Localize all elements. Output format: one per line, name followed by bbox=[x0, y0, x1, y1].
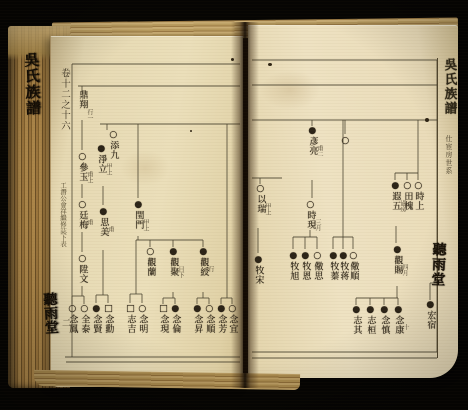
left-tree-node: ●觀聚目下 bbox=[168, 247, 180, 277]
tree-node-name: ●淨立 bbox=[96, 144, 105, 174]
left-tree-node: ○陞文 bbox=[77, 254, 89, 284]
tree-node-annotation: 目下 bbox=[177, 266, 183, 278]
tree-node-name: ●牧恩 bbox=[300, 251, 309, 281]
tree-node-name: ●牧旭 bbox=[288, 251, 297, 281]
tree-node-name: ○以瑞 bbox=[255, 184, 264, 214]
tree-node-name: ●觀聚 bbox=[168, 247, 177, 277]
left-tree-node: □念現 bbox=[158, 304, 170, 334]
photo-speck bbox=[231, 58, 234, 61]
left-tree-node: ●閏門甲上 bbox=[133, 200, 145, 230]
left-tree-node: ●思美甫 bbox=[98, 207, 110, 237]
tree-node-name: ●念慎 bbox=[379, 305, 388, 335]
left-tree-node: ○全泰 bbox=[79, 304, 91, 334]
tree-node-name: ○觀蘭 bbox=[145, 247, 154, 277]
tree-node-name: ○念順 bbox=[204, 304, 213, 334]
tree-node-name: ●觀賜 bbox=[392, 245, 401, 275]
right-tree-node: ●志桓 bbox=[365, 305, 377, 335]
photo-speck bbox=[268, 63, 272, 66]
left-tree-node: ●念昇 bbox=[192, 304, 204, 334]
tree-node-name: ○儆思 bbox=[312, 251, 321, 281]
tree-node-annotation: 三月 bbox=[314, 219, 320, 231]
tree-node-name: ●志其 bbox=[351, 305, 360, 335]
left-tree-node: □念勳 bbox=[103, 304, 115, 334]
right-tree-node: ●念康十 bbox=[393, 305, 405, 335]
tree-node-annotation: 甫 bbox=[107, 226, 113, 232]
tree-node-annotation: 十 bbox=[402, 324, 408, 330]
tree-node-name: ●思美 bbox=[98, 207, 107, 237]
tree-nodes-layer: 鼎翔行一○參玉甫上○廷梅甫○陞文○念鳳○全泰○添九●淨立甲上●思美甫●閏門甲上○… bbox=[0, 0, 468, 410]
left-tree-node: ○念順 bbox=[204, 304, 216, 334]
tree-node-annotation: 行 bbox=[207, 266, 213, 272]
volume-note: 工潛公會祥繼修誌下表 bbox=[59, 182, 68, 247]
tree-node-annotation: 甲上 bbox=[264, 203, 270, 215]
left-tree-node: ○添九 bbox=[108, 130, 120, 160]
right-tree-node: ●志其 bbox=[351, 305, 363, 335]
hall-mark-right: 聽雨堂 bbox=[427, 242, 449, 288]
tree-node-name: ●念昇 bbox=[192, 304, 201, 334]
left-tree-node: ○觀蘭 bbox=[145, 247, 157, 277]
right-tree-node: ○ bbox=[340, 136, 352, 147]
spine-ink-hall-mark: 聽雨堂 bbox=[39, 292, 61, 335]
tree-node-name: ○念宜 bbox=[227, 304, 236, 334]
tree-node-name: ○田槐 bbox=[402, 181, 411, 211]
page-number: 二 bbox=[59, 318, 72, 327]
tree-node-name: ●彥亮 bbox=[307, 126, 316, 156]
branch-subtitle: 仕宦房世系 bbox=[444, 135, 454, 175]
tree-node-annotation: 甫 bbox=[86, 219, 92, 225]
right-tree-node: ●觀賜四月 bbox=[392, 245, 404, 275]
tree-node-annotation: 四月 bbox=[401, 264, 407, 276]
banxin-divider-line bbox=[437, 58, 438, 358]
tree-node-name: ●遐五 bbox=[390, 181, 399, 211]
right-tree-node: ●彥亮甫二 bbox=[307, 126, 319, 156]
tree-node-annotation: 甲上 bbox=[142, 219, 148, 231]
tree-node-name: ○ bbox=[340, 136, 349, 147]
photo-speck bbox=[190, 130, 192, 132]
tree-node-name: ○念明 bbox=[137, 304, 146, 334]
spine-ink-title: 吳氏族譜 bbox=[21, 52, 44, 117]
tree-node-name: ●念康 bbox=[393, 305, 402, 335]
left-tree-node: □志吉 bbox=[125, 304, 137, 334]
left-tree-node: ●淨立甲上 bbox=[96, 144, 108, 174]
right-tree-node: ○儆順 bbox=[348, 251, 360, 281]
left-tree-node: ●念賢 bbox=[91, 304, 103, 334]
left-tree-node: ●念倫 bbox=[170, 304, 182, 334]
book-title: 吳氏族譜 bbox=[441, 58, 459, 116]
left-tree-node: 鼎翔行一 bbox=[77, 90, 89, 109]
left-tree-node: ○念宜 bbox=[227, 304, 239, 334]
left-tree-node: ○參玉甫上 bbox=[77, 152, 89, 182]
tree-node-name: □念現 bbox=[158, 304, 167, 334]
tree-node-name: ●觀綬 bbox=[198, 247, 207, 277]
right-tree-node: ●牧宋 bbox=[253, 255, 265, 285]
tree-node-name: ○儆順 bbox=[348, 251, 357, 281]
tree-node-name: ○添九 bbox=[108, 130, 117, 160]
tree-node-name: 鼎翔 bbox=[77, 90, 86, 109]
tree-node-name: ○時現 bbox=[305, 200, 314, 230]
photo-speck bbox=[425, 118, 429, 122]
right-tree-node: ●念慎 bbox=[379, 305, 391, 335]
tree-node-name: ●牧蓁 bbox=[328, 251, 337, 281]
right-tree-node: ●牧恩 bbox=[300, 251, 312, 281]
tree-node-annotation: 甫上 bbox=[86, 171, 92, 183]
tree-node-name: □志吉 bbox=[125, 304, 134, 334]
left-tree-node: ○廷梅甫 bbox=[77, 200, 89, 230]
tree-node-name: ●念倫 bbox=[170, 304, 179, 334]
tree-node-name: ●宏宿 bbox=[425, 300, 434, 330]
genealogy-book-photo: 鼎翔行一○參玉甫上○廷梅甫○陞文○念鳳○全泰○添九●淨立甲上●思美甫●閏門甲上○… bbox=[0, 0, 468, 410]
right-tree-node: ○時現三月 bbox=[305, 200, 317, 230]
tree-node-name: □念勳 bbox=[103, 304, 112, 334]
right-tree-node: ●宏宿 bbox=[425, 300, 437, 330]
tree-node-name: ○廷梅 bbox=[77, 200, 86, 230]
tree-node-name: ○全泰 bbox=[79, 304, 88, 334]
tree-node-annotation: 行一 bbox=[86, 109, 92, 121]
right-tree-node: ●遐五過房 bbox=[390, 181, 402, 211]
tree-node-name: ●閏門 bbox=[133, 200, 142, 230]
right-tree-node: ○時上 bbox=[413, 181, 425, 211]
tree-node-name: ●念芳 bbox=[216, 304, 225, 334]
tree-node-name: ●牧宋 bbox=[253, 255, 262, 285]
tree-node-name: ●牧蒋 bbox=[338, 251, 347, 281]
tree-node-name: ●念賢 bbox=[91, 304, 100, 334]
left-tree-node: ○念明 bbox=[137, 304, 149, 334]
tree-node-name: ●志桓 bbox=[365, 305, 374, 335]
left-tree-node: ●觀綬行 bbox=[198, 247, 210, 277]
right-tree-node: ●牧旭 bbox=[288, 251, 300, 281]
right-tree-node: ○儆思 bbox=[312, 251, 324, 281]
tree-node-name: ○時上 bbox=[413, 181, 422, 211]
tree-node-name: ○陞文 bbox=[77, 254, 86, 284]
tree-node-annotation: 甲上 bbox=[105, 163, 111, 175]
tree-node-annotation: 甫二 bbox=[316, 145, 322, 157]
right-tree-node: ○以瑞甲上 bbox=[255, 184, 267, 214]
volume-label: 卷十二之十六 bbox=[57, 68, 71, 131]
tree-node-name: ○參玉 bbox=[77, 152, 86, 182]
